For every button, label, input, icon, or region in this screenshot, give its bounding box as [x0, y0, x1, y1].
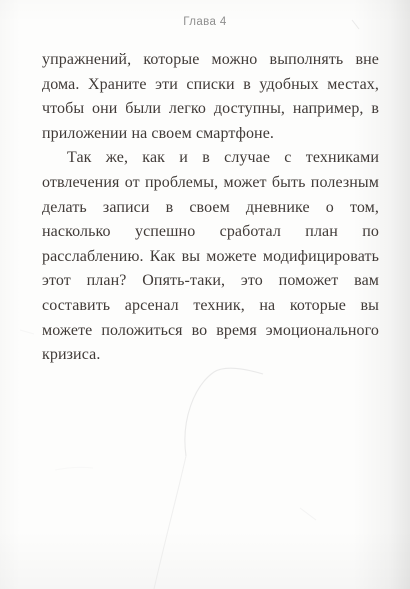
book-page-photo: Глава 4 упражнений, которые можно выполн… — [0, 0, 410, 589]
body-text-block: упражнений, которые можно выполнять вне … — [42, 48, 379, 368]
paragraph: Так же, как и в случае с техниками отвле… — [42, 146, 379, 367]
running-head-chapter-label: Глава 4 — [0, 16, 410, 28]
paragraph: упражнений, которые можно выполнять вне … — [42, 48, 379, 146]
